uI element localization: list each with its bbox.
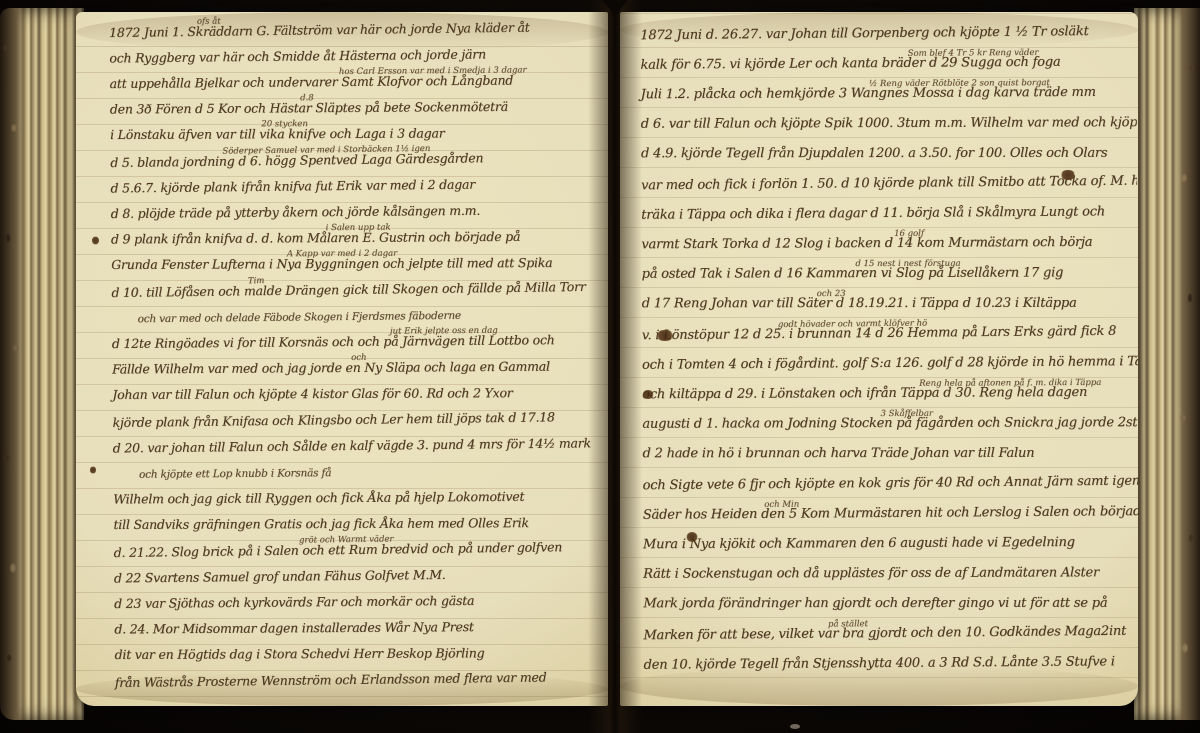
interlinear-note: 3 Skåffelbar <box>880 409 933 419</box>
manuscript-text: till Sandviks gräfningen Gratis och jag … <box>113 515 528 532</box>
interlinear-note: och <box>351 353 366 363</box>
manuscript-line: d 6. var till Falun och kjöpte Spik 1000… <box>641 115 1127 147</box>
manuscript-text: d 17 Reng Johan var till Säter d 18.19.2… <box>642 296 1077 311</box>
right-page: 1872 Juni d. 26.27. var Johan till Gorpe… <box>620 12 1138 706</box>
manuscript-text: d. 24. Mor Midsommar dagen installerades… <box>114 619 473 636</box>
interlinear-note: ofs åt <box>197 17 221 27</box>
manuscript-text: d 6. var till Falun och kjöpte Spik 1000… <box>641 115 1140 132</box>
manuscript-text: och kjöpte ett Lop knubb i Korsnäs få <box>139 467 331 481</box>
interlinear-note: 20 stycken <box>261 119 308 129</box>
dust-speck <box>790 724 800 729</box>
ink-blot <box>656 330 674 341</box>
manuscript-line: och kjöpte ett Lop knubb i Korsnäs få <box>113 462 601 492</box>
manuscript-line: och Sigte vete 6 fjr och kjöpte en kok g… <box>643 474 1129 509</box>
manuscript-text: dit var en Högtids dag i Stora Schedvi H… <box>115 645 485 662</box>
manuscript-text: d 2 hade in hö i brunnan och harva Träde… <box>643 446 1035 461</box>
left-page: ofs åt1872 Juni 1. Skräddarn G. Fältströ… <box>76 12 608 706</box>
ink-blot <box>1060 170 1076 180</box>
manuscript-line: Mura i Nya kjökit och Kammaren den 6 aug… <box>643 535 1129 568</box>
manuscript-line: 3 Skåffelbaraugusti d 1. hacka om Jodnin… <box>642 415 1128 447</box>
ink-blot <box>642 390 654 399</box>
manuscript-line: på ställetMarken för att bese, vilket va… <box>643 624 1129 659</box>
manuscript-line: ½ Reng väder Rötblöte 2 son quist borgat… <box>641 85 1127 118</box>
interlinear-note: gröt och Warmt väder <box>299 534 394 545</box>
manuscript-text: träka i Täppa och dika i flera dagar d 1… <box>641 204 1105 222</box>
manuscript-line: godt hövader och varmt klöfver höv. i Lö… <box>642 324 1128 359</box>
manuscript-text: och Ryggberg var här och Smidde åt Häste… <box>109 46 486 65</box>
interlinear-note: godt hövader och varmt klöfver hö <box>778 319 927 330</box>
manuscript-line: d.8den 3ð Fören d 5 Kor och Hästar Släpt… <box>110 98 598 127</box>
deckled-edge <box>1174 8 1200 720</box>
deckled-edge <box>0 8 26 720</box>
manuscript-line: från Wästrås Prosterne Wennström och Erl… <box>115 669 603 701</box>
manuscript-line: d 2 hade in hö i brunnan och harva Träde… <box>643 446 1129 477</box>
manuscript-text: och i Tomten 4 och i fögårdint. golf S:a… <box>642 354 1140 373</box>
manuscript-text: 1872 Juni d. 26.27. var Johan till Gorpe… <box>640 24 1088 43</box>
manuscript-text: på osted Tak i Salen d 16 Kammaren vi Sl… <box>642 265 1064 281</box>
manuscript-text: och var med och delade Fäbode Skogen i F… <box>138 310 461 325</box>
interlinear-note: 16 golf <box>894 229 924 239</box>
right-page-stack-edges <box>1134 8 1200 720</box>
manuscript-text: Johan var till Falun och kjöpte 4 kistor… <box>112 385 512 402</box>
manuscript-line: d 23 var Sjöthas och kyrkovärds Far och … <box>114 592 602 622</box>
manuscript-line: Rätt i Sockenstugan och då upplästes för… <box>643 565 1129 597</box>
manuscript-line: d 4.9. kjörde Tegell från Djupdalen 1200… <box>641 146 1127 177</box>
interlinear-note: jut Erik jelpte oss en dag <box>390 326 498 337</box>
manuscript-line: ochFällde Wilhelm var med och jag jorde … <box>112 358 600 387</box>
manuscript-text: d 5.6.7. kjörde plank ifrån knifva fut E… <box>110 177 475 196</box>
manuscript-text: d 23 var Sjöthas och kyrkovärds Far och … <box>114 593 474 611</box>
manuscript-line: d 15 nest i nest förstugapå osted Tak i … <box>642 265 1128 297</box>
manuscript-text: Rätt i Sockenstugan och då upplästes för… <box>643 565 1099 581</box>
interlinear-note: ½ Reng väder Rötblöte 2 son quist borgat <box>869 78 1050 89</box>
manuscript-text: Säder hos Heiden den 5 Kom Murmästaren h… <box>643 504 1140 523</box>
interlinear-note: i Salen upp tak <box>326 223 391 233</box>
binding-notch <box>602 0 628 16</box>
book-gutter-shadow <box>588 0 642 733</box>
manuscript-right: 1872 Juni d. 26.27. var Johan till Gorpe… <box>618 11 1140 708</box>
ink-blot <box>90 466 96 474</box>
manuscript-text: och Sigte vete 6 fjr och kjöpte en kok g… <box>643 473 1140 493</box>
interlinear-note: på stället <box>828 619 868 629</box>
ink-blot <box>92 236 99 245</box>
interlinear-note: och 23 <box>817 289 846 299</box>
interlinear-note: hos Carl Ersson var med i Smedja i 3 dag… <box>339 65 527 77</box>
manuscript-line: Mark jorda förändringer han gjordt och d… <box>643 596 1129 627</box>
interlinear-note: Reng hela på aftonen på f. m. dika i Täp… <box>919 378 1101 389</box>
manuscript-line: d. 24. Mor Midsommar dagen installerades… <box>114 618 602 647</box>
manuscript-text: Fällde Wilhelm var med och jag jorde en … <box>112 359 550 377</box>
manuscript-left: ofs åt1872 Juni 1. Skräddarn G. Fältströ… <box>73 10 611 709</box>
manuscript-text: varmt Stark Torka d 12 Slog i backen d 1… <box>641 235 1092 252</box>
manuscript-line: träka i Täppa och dika i flera dagar d 1… <box>641 204 1127 238</box>
interlinear-note: d 15 nest i nest förstuga <box>855 259 960 269</box>
manuscript-text: Mark jorda förändringer han gjordt och d… <box>643 596 1107 611</box>
interlinear-note: d.8 <box>300 93 314 103</box>
manuscript-text: d 22 Svartens Samuel grof undan Fähus Go… <box>114 567 446 586</box>
interlinear-note: Tim <box>248 276 265 286</box>
ink-blot <box>686 532 698 542</box>
manuscript-line: var med och fick i forlön 1. 50. d 10 kj… <box>641 174 1127 209</box>
manuscript-line: Wilhelm och jag gick till Ryggen och fic… <box>113 488 601 517</box>
interlinear-note: A Kapp var med i 2 dagar <box>287 249 397 260</box>
photo-frame: ofs åt1872 Juni 1. Skräddarn G. Fältströ… <box>0 0 1200 733</box>
manuscript-text: d 9 plank ifrån knifva d. d. kom Målaren… <box>111 229 520 247</box>
manuscript-text: Mura i Nya kjökit och Kammaren den 6 aug… <box>643 535 1075 552</box>
manuscript-text: den 10. kjörde Tegell från Stjensshytta … <box>644 654 1115 672</box>
interlinear-note: Som blef 4 Tr 5 kr Reng väder <box>908 48 1039 59</box>
left-page-stack-edges <box>0 8 84 720</box>
manuscript-line: den 10. kjörde Tegell från Stjensshytta … <box>644 654 1130 688</box>
manuscript-text: Wilhelm och jag gick till Ryggen och fic… <box>113 489 524 507</box>
manuscript-text: d 4.9. kjörde Tegell från Djupdalen 1200… <box>641 146 1107 161</box>
manuscript-text: 1872 Juni 1. Skräddarn G. Fältström var … <box>109 20 530 40</box>
manuscript-line: och MinSäder hos Heiden den 5 Kom Murmäs… <box>643 504 1129 538</box>
manuscript-line: 1872 Juni d. 26.27. var Johan till Gorpe… <box>640 24 1126 59</box>
interlinear-note: och Min <box>764 500 799 510</box>
manuscript-text: Marken för att bese, vilket var bra gjor… <box>643 624 1126 644</box>
manuscript-line: hos Carl Ersson var med i Smedja i 3 dag… <box>110 72 598 102</box>
manuscript-text: d 8. plöjde träde på ytterby åkern och j… <box>111 203 480 221</box>
